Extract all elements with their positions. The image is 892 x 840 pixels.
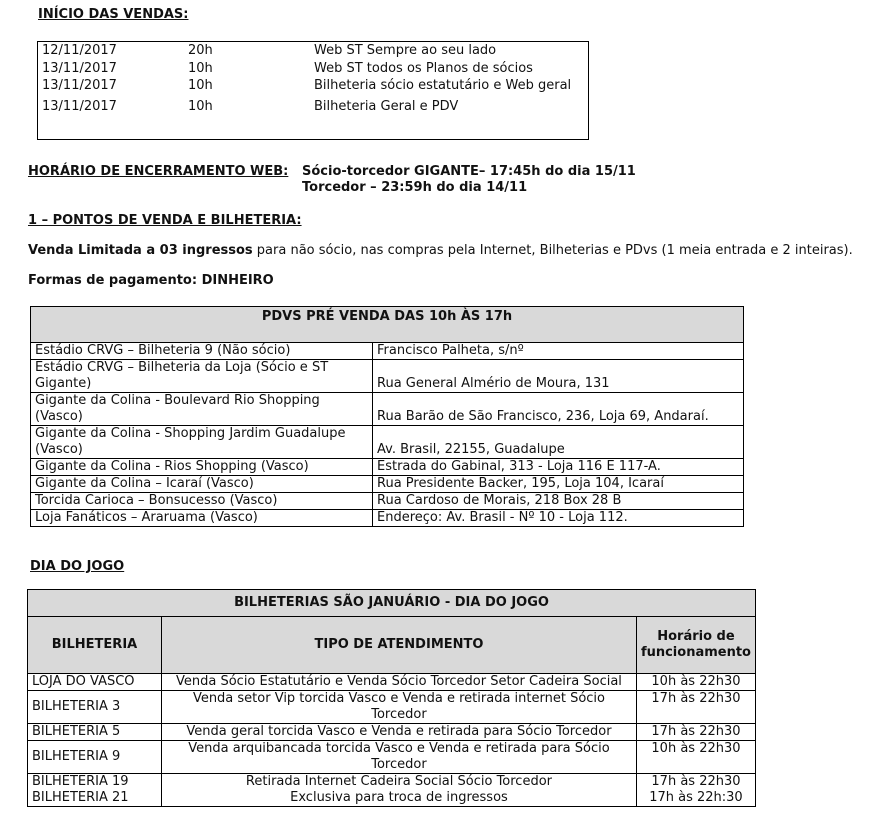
inicio-time: 20h [188,42,213,60]
pontos-venda-title: 1 – PONTOS DE VENDA E BILHETERIA: [28,213,302,228]
pdv-endereco: Francisco Palheta, s/nº [373,343,744,360]
dia-do-jogo-title: DIA DO JOGO [30,559,124,574]
bilheterias-caption-row: BILHETERIAS SÃO JANUÁRIO - DIA DO JOGO [28,590,756,617]
pdv-local: Gigante da Colina - Shopping Jardim Guad… [31,426,373,459]
encerramento-torcedor: Torcedor – 23:59h do dia 14/11 [302,180,527,195]
table-row: Gigante da Colina - Rios Shopping (Vasco… [31,459,744,476]
header-bilheteria: BILHETERIA [28,617,162,674]
encerramento-label: HORÁRIO DE ENCERRAMENTO WEB: [28,164,288,179]
inicio-vendas-box: 12/11/2017 20h Web ST Sempre ao seu lado… [37,41,589,140]
table-row: BILHETERIA 21 Exclusiva para troca de in… [28,790,756,807]
bilheteria-tipo: Exclusiva para troca de ingressos [162,790,637,807]
table-row: Estádio CRVG – Bilheteria 9 (Não sócio) … [31,343,744,360]
table-row: Gigante da Colina – Icaraí (Vasco) Rua P… [31,476,744,493]
bilheteria-tipo: Venda setor Vip torcida Vasco e Venda e … [162,691,637,724]
bilheteria-tipo: Retirada Internet Cadeira Social Sócio T… [162,774,637,791]
inicio-date: 13/11/2017 [42,98,117,116]
pdv-endereco: Rua Presidente Backer, 195, Loja 104, Ic… [373,476,744,493]
bilheterias-header-row: BILHETERIA TIPO DE ATENDIMENTO Horário d… [28,617,756,674]
table-row: Gigante da Colina - Boulevard Rio Shoppi… [31,393,744,426]
venda-limitada-text: Venda Limitada a 03 ingressos para não s… [28,243,853,258]
table-row: Loja Fanáticos – Araruama (Vasco) Endere… [31,510,744,527]
pdv-local: Loja Fanáticos – Araruama (Vasco) [31,510,373,527]
header-horario: Horário de funcionamento [636,617,755,674]
bilheteria-name: BILHETERIA 19 [28,774,162,791]
bilheteria-horario: 10h às 22h30 [636,674,755,691]
pdv-endereco: Rua General Almério de Moura, 131 [373,360,744,393]
bilheteria-horario: 10h às 22h30 [636,741,755,774]
bilheteria-horario: 17h às 22h30 [636,724,755,741]
inicio-time: 10h [188,77,213,95]
bilheteria-name: BILHETERIA 3 [28,691,162,724]
bilheteria-name: BILHETERIA 5 [28,724,162,741]
bilheteria-horario: 17h às 22h30 [636,691,755,724]
bilheteria-horario: 17h às 22h:30 [636,790,755,807]
table-row: Gigante da Colina - Shopping Jardim Guad… [31,426,744,459]
inicio-desc: Bilheteria sócio estatutário e Web geral [314,77,571,95]
table-row: BILHETERIA 9 Venda arquibancada torcida … [28,741,756,774]
inicio-desc: Web ST Sempre ao seu lado [314,42,496,60]
pdv-header: PDVS PRÉ VENDA DAS 10h ÀS 17h [31,307,744,343]
pdv-local: Gigante da Colina - Boulevard Rio Shoppi… [31,393,373,426]
table-row: Torcida Carioca – Bonsucesso (Vasco) Rua… [31,493,744,510]
encerramento-socio: Sócio-torcedor GIGANTE– 17:45h do dia 15… [302,164,636,179]
pdv-local: Gigante da Colina - Rios Shopping (Vasco… [31,459,373,476]
inicio-desc: Bilheteria Geral e PDV [314,98,458,116]
bilheteria-tipo: Venda geral torcida Vasco e Venda e reti… [162,724,637,741]
bilheterias-table: BILHETERIAS SÃO JANUÁRIO - DIA DO JOGO B… [27,589,756,807]
table-row: LOJA DO VASCO Venda Sócio Estatutário e … [28,674,756,691]
bilheteria-name: BILHETERIA 9 [28,741,162,774]
inicio-vendas-title: INÍCIO DAS VENDAS: [38,7,188,22]
pdv-endereco: Rua Barão de São Francisco, 236, Loja 69… [373,393,744,426]
bilheteria-tipo: Venda Sócio Estatutário e Venda Sócio To… [162,674,637,691]
bilheterias-caption: BILHETERIAS SÃO JANUÁRIO - DIA DO JOGO [28,590,756,617]
venda-limitada-bold: Venda Limitada a 03 ingressos [28,243,253,258]
inicio-date: 12/11/2017 [42,42,117,60]
pdv-local: Torcida Carioca – Bonsucesso (Vasco) [31,493,373,510]
pdv-local: Estádio CRVG – Bilheteria 9 (Não sócio) [31,343,373,360]
inicio-date: 13/11/2017 [42,77,117,95]
table-row: BILHETERIA 19 Retirada Internet Cadeira … [28,774,756,791]
pdv-table: PDVS PRÉ VENDA DAS 10h ÀS 17h Estádio CR… [30,306,744,527]
inicio-date: 13/11/2017 [42,60,117,78]
formas-pagamento: Formas de pagamento: DINHEIRO [28,273,274,288]
inicio-desc: Web ST todos os Planos de sócios [314,60,533,78]
bilheteria-name: LOJA DO VASCO [28,674,162,691]
pdv-endereco: Endereço: Av. Brasil - Nº 10 - Loja 112. [373,510,744,527]
pdv-endereco: Estrada do Gabinal, 313 - Loja 116 E 117… [373,459,744,476]
venda-limitada-rest: para não sócio, nas compras pela Interne… [253,243,853,258]
bilheteria-tipo: Venda arquibancada torcida Vasco e Venda… [162,741,637,774]
inicio-time: 10h [188,98,213,116]
bilheteria-horario: 17h às 22h30 [636,774,755,791]
pdv-header-row: PDVS PRÉ VENDA DAS 10h ÀS 17h [31,307,744,343]
bilheteria-name: BILHETERIA 21 [28,790,162,807]
inicio-time: 10h [188,60,213,78]
pdv-endereco: Av. Brasil, 22155, Guadalupe [373,426,744,459]
header-tipo-atendimento: TIPO DE ATENDIMENTO [162,617,637,674]
table-row: Estádio CRVG – Bilheteria da Loja (Sócio… [31,360,744,393]
pdv-local: Gigante da Colina – Icaraí (Vasco) [31,476,373,493]
pdv-local: Estádio CRVG – Bilheteria da Loja (Sócio… [31,360,373,393]
table-row: BILHETERIA 3 Venda setor Vip torcida Vas… [28,691,756,724]
table-row: BILHETERIA 5 Venda geral torcida Vasco e… [28,724,756,741]
pdv-endereco: Rua Cardoso de Morais, 218 Box 28 B [373,493,744,510]
